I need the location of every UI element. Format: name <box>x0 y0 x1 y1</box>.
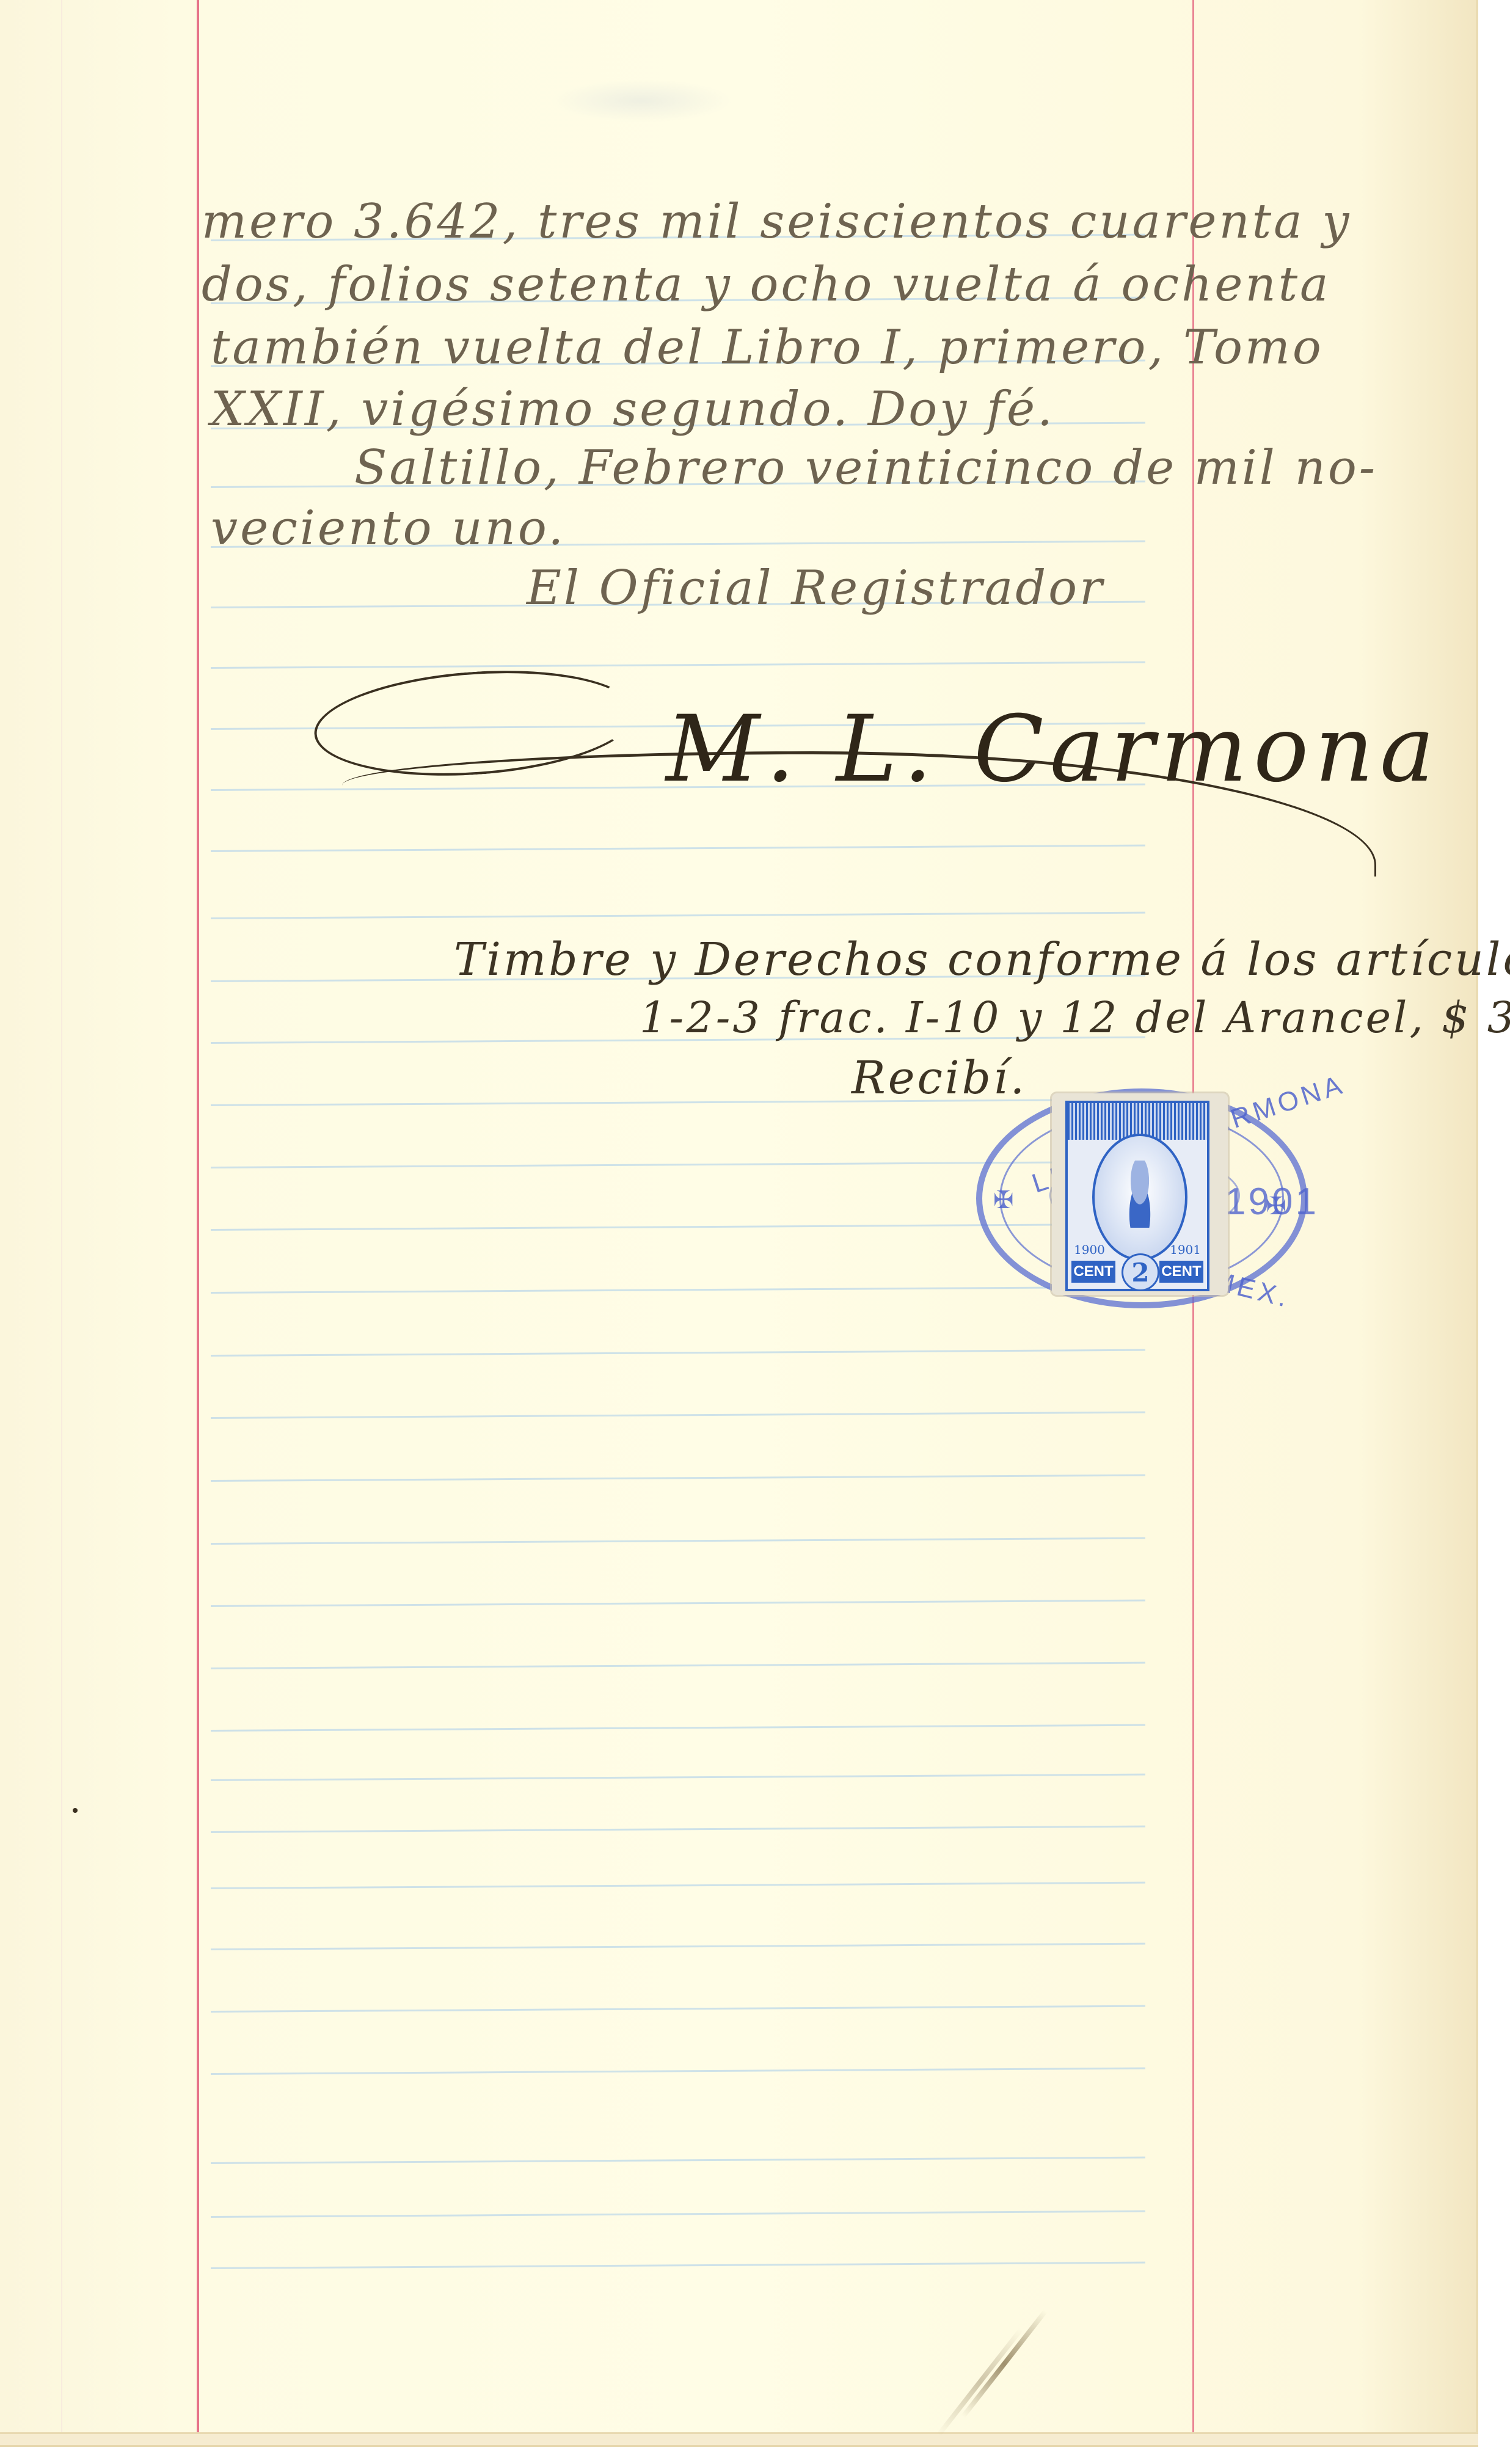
ruled-line <box>211 2262 1145 2269</box>
ruled-line <box>211 1537 1145 1545</box>
ruled-line <box>211 1826 1145 1833</box>
stamp-portrait-frame <box>1092 1134 1187 1261</box>
body-line-5: Saltillo, Febrero veinticinco de mil no- <box>354 440 1377 495</box>
portrait-icon <box>1122 1161 1158 1228</box>
body-line-2: dos, folios setenta y ocho vuelta á oche… <box>202 257 1331 312</box>
ruled-line <box>211 662 1145 669</box>
bleed-through-ghost <box>550 79 733 122</box>
body-line-4: XXII, vigésimo segundo. Doy fé. <box>211 382 1055 437</box>
official-registrar-title: El Oficial Registrador <box>527 561 1104 616</box>
ruled-line <box>211 1349 1145 1357</box>
ruled-line <box>211 1724 1145 1732</box>
revenue-stamp: 1900 1901 CENT 2 CENT <box>1065 1101 1209 1291</box>
stamp-year-right: 1901 <box>1170 1242 1201 1257</box>
body-line-6: veciento uno. <box>211 501 566 556</box>
left-margin-line <box>197 0 199 2432</box>
stamp-unit-right: CENT <box>1159 1261 1203 1283</box>
stamp-year-left: 1900 <box>1074 1242 1105 1257</box>
ruled-line <box>211 1600 1145 1607</box>
ruled-line <box>211 2005 1145 2013</box>
ruled-line <box>211 1412 1145 1419</box>
received-label: Recibí. <box>852 1052 1027 1104</box>
ruled-line <box>211 1882 1145 1889</box>
ink-speck <box>73 1808 78 1813</box>
body-line-3: también vuelta del Libro I, primero, Tom… <box>211 320 1324 375</box>
ruled-line <box>211 1662 1145 1669</box>
ruled-line <box>211 2211 1145 2218</box>
left-fold-crease <box>61 0 62 2432</box>
ruled-line <box>211 1943 1145 1950</box>
ruled-line <box>211 1774 1145 1781</box>
signature: M. L. Carmona <box>666 696 1440 803</box>
fees-line-2: 1-2-3 frac. I-10 y 12 del Arancel, $ 3.0… <box>640 993 1510 1043</box>
body-line-1: mero 3.642, tres mil seiscientos cuarent… <box>202 194 1351 249</box>
fees-line-1: Timbre y Derechos conforme á los artícul… <box>454 933 1510 986</box>
stamp-unit-left: CENT <box>1071 1261 1115 1283</box>
ink-smudge <box>961 2309 1048 2418</box>
ruled-line <box>211 2068 1145 2075</box>
stamp-value: 2 <box>1122 1253 1159 1291</box>
seal-cross-left-icon: ✠ <box>993 1186 1018 1214</box>
ruled-line <box>211 2157 1145 2164</box>
ruled-line <box>211 1286 1145 1294</box>
paper-sheet: mero 3.642, tres mil seiscientos cuarent… <box>0 0 1478 2434</box>
ruled-line <box>211 1474 1145 1482</box>
ink-smudge <box>936 2328 1023 2437</box>
ruled-line <box>211 912 1145 919</box>
